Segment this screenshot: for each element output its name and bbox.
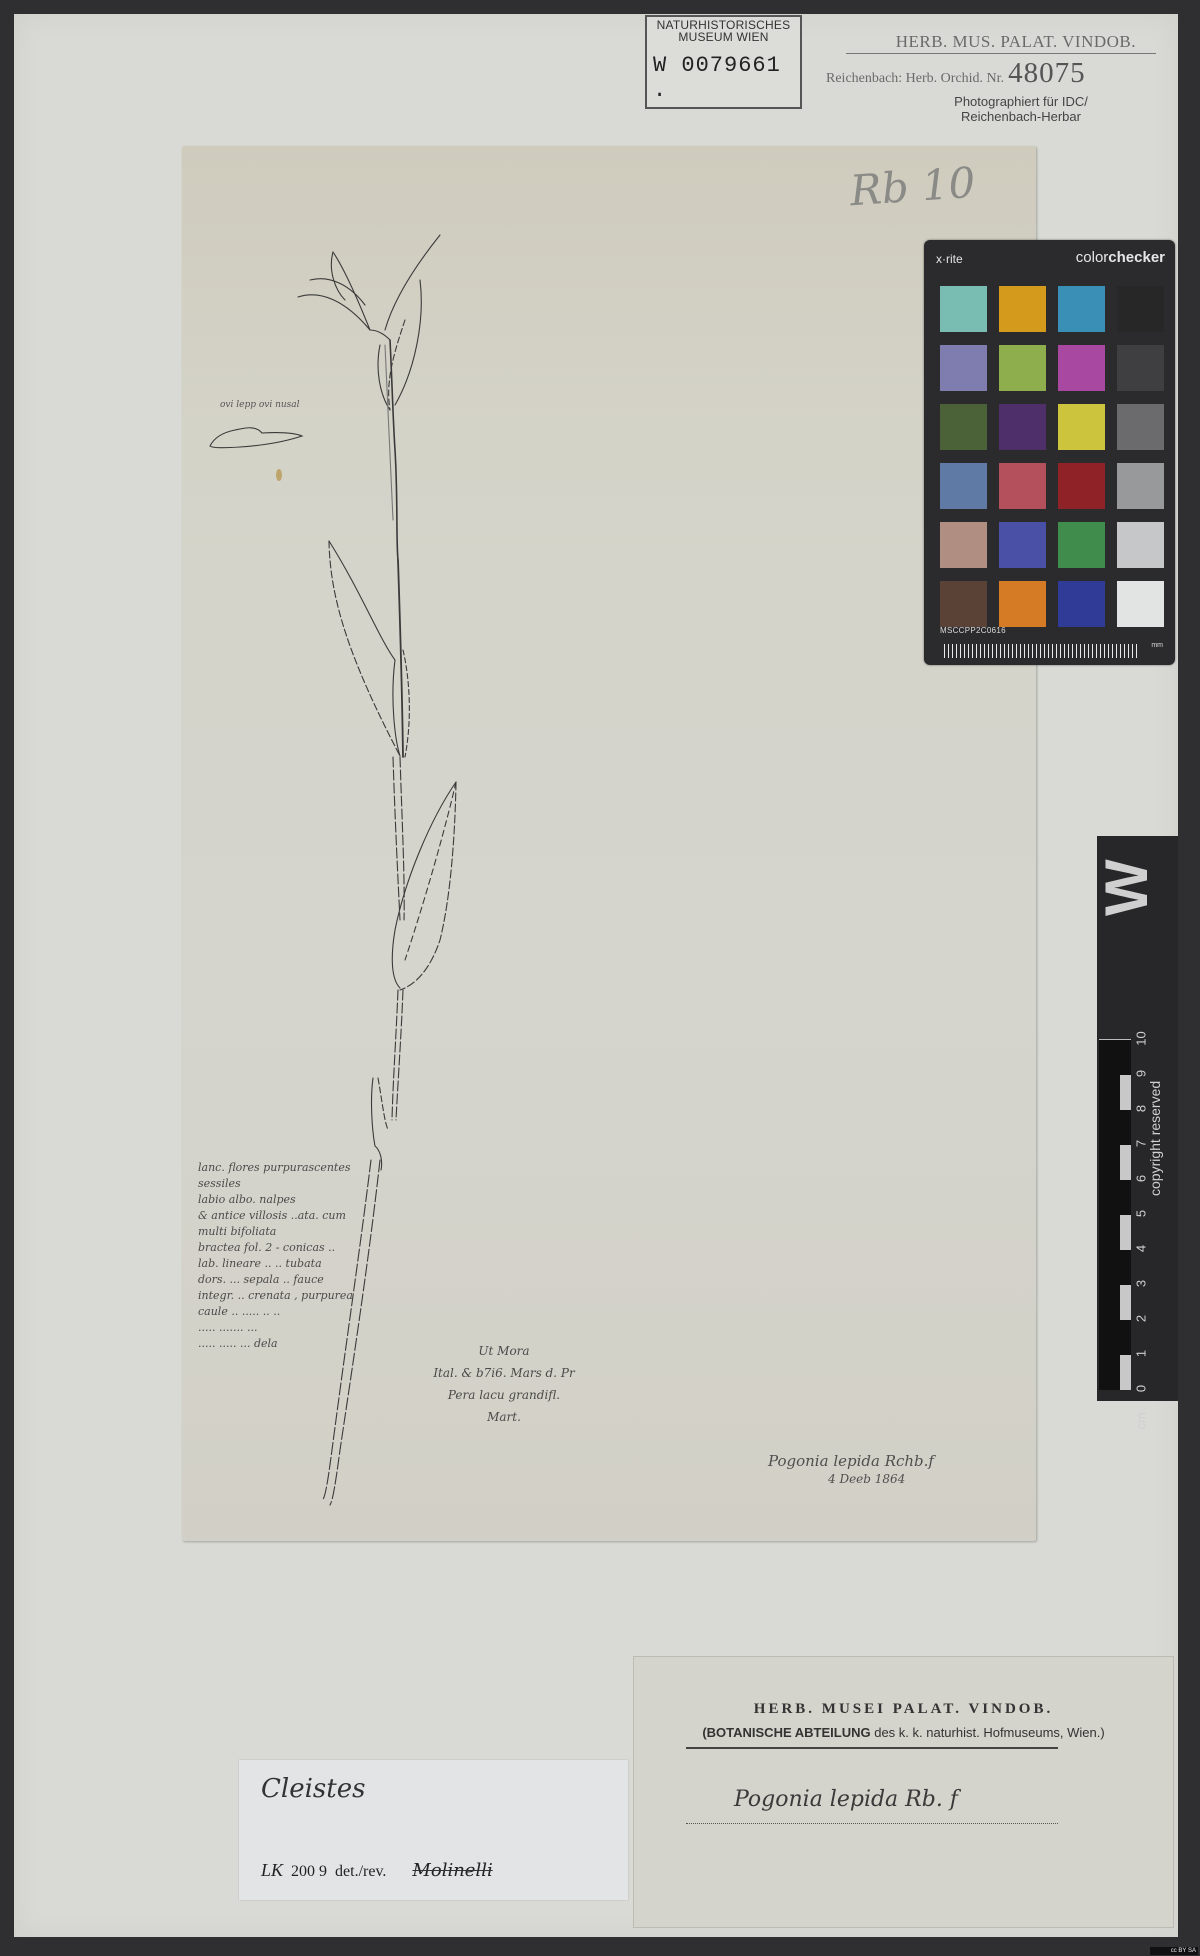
scale-segment bbox=[1099, 1214, 1131, 1250]
scale-tick-label: 4 bbox=[1134, 1241, 1149, 1257]
note-line: multi bifoliata bbox=[198, 1224, 358, 1240]
w-logo: W bbox=[1103, 848, 1151, 928]
color-patch bbox=[999, 581, 1046, 627]
scale-tick-label: 0 bbox=[1134, 1381, 1149, 1397]
scale-segment bbox=[1099, 1249, 1131, 1285]
left-description-notes: lanc. flores purpurascentes sessiles lab… bbox=[198, 1160, 358, 1352]
note-line: ..... ..... ... dela bbox=[198, 1336, 358, 1352]
colorchecker-card: x·rite colorchecker MSCCPP2C0616 mm bbox=[924, 240, 1175, 665]
color-patch bbox=[1058, 581, 1105, 627]
color-patch bbox=[940, 581, 987, 627]
title-bold: checker bbox=[1108, 249, 1165, 266]
color-patch bbox=[999, 522, 1046, 568]
leaf-annotation: ovi lepp ovi nusal bbox=[220, 400, 300, 410]
scale-segment bbox=[1099, 1074, 1131, 1110]
color-patch bbox=[1117, 404, 1164, 450]
museum-stamp-header: NATURHISTORISCHES MUSEUM WIEN bbox=[647, 19, 800, 43]
ruler-unit: mm bbox=[1151, 642, 1163, 649]
scale-segment bbox=[1099, 1109, 1131, 1145]
color-patch-grid bbox=[940, 286, 1164, 628]
herbarium-label-header: HERB. MUSEI PALAT. VINDOB. bbox=[634, 1701, 1173, 1718]
note-line: bractea fol. 2 - conicas .. bbox=[198, 1240, 358, 1256]
stain-spot bbox=[276, 469, 282, 481]
det-initials: LK bbox=[261, 1860, 283, 1881]
note-line: labio albo. nalpes bbox=[198, 1192, 358, 1208]
det-year: 200 9 bbox=[291, 1863, 327, 1881]
copyright-text: copyright reserved bbox=[1147, 1006, 1171, 1196]
label-rule bbox=[686, 1747, 1058, 1749]
det-rev-text: det./rev. bbox=[335, 1863, 386, 1881]
color-patch bbox=[999, 286, 1046, 332]
label-dotted-line bbox=[686, 1823, 1058, 1824]
note-line: sessiles bbox=[198, 1176, 358, 1192]
color-patch bbox=[940, 522, 987, 568]
note-line: lab. lineare .. .. tubata bbox=[198, 1256, 358, 1272]
note-line: Mart. bbox=[404, 1406, 604, 1428]
herbarium-number: 48075 bbox=[1008, 57, 1086, 90]
color-patch bbox=[1058, 522, 1105, 568]
signature-note: Pogonia lepida Rchb.f 4 Deeb 1864 bbox=[768, 1452, 934, 1486]
color-patch bbox=[1058, 404, 1105, 450]
herbarium-species-name: Pogonia lepida Rb. f bbox=[734, 1787, 958, 1812]
color-patch bbox=[1058, 345, 1105, 391]
color-patch bbox=[1058, 463, 1105, 509]
scale-segment bbox=[1099, 1144, 1131, 1180]
color-patch bbox=[940, 404, 987, 450]
subheader-rest: des k. k. naturhist. Hofmuseums, Wien.) bbox=[874, 1725, 1104, 1740]
color-patch bbox=[1117, 581, 1164, 627]
scale-segment bbox=[1099, 1179, 1131, 1215]
xrite-logo: x·rite bbox=[936, 252, 963, 266]
scale-tick-label: 2 bbox=[1134, 1311, 1149, 1327]
colorchecker-title: colorchecker bbox=[1076, 249, 1165, 266]
scale-tick-label: 1 bbox=[1134, 1346, 1149, 1362]
herbarium-stamp-number-line: Reichenbach: Herb. Orchid. Nr. 48075 bbox=[826, 57, 1156, 90]
mm-ruler bbox=[944, 644, 1139, 658]
det-signature: Molinelli bbox=[412, 1860, 492, 1881]
title-light: color bbox=[1076, 249, 1109, 266]
photo-note-line2: Reichenbach-Herbar bbox=[886, 109, 1156, 124]
herbarium-stamp: HERB. MUS. PALAT. VINDOB. Reichenbach: H… bbox=[826, 32, 1156, 124]
note-line: caule .. ..... .. .. bbox=[198, 1304, 358, 1320]
photo-note-line1: Photographiert für IDC/ bbox=[886, 94, 1156, 109]
color-patch bbox=[999, 463, 1046, 509]
signature-date: 4 Deeb 1864 bbox=[828, 1472, 934, 1486]
subheader-bold: (BOTANISCHE ABTEILUNG bbox=[702, 1725, 870, 1740]
color-patch bbox=[1117, 522, 1164, 568]
scale-segment bbox=[1099, 1284, 1131, 1320]
note-line: Pera lacu grandifl. bbox=[404, 1384, 604, 1406]
museum-catalog-number: W 0079661 . bbox=[653, 53, 800, 103]
herbarium-label: HERB. MUSEI PALAT. VINDOB. (BOTANISCHE A… bbox=[633, 1656, 1174, 1928]
scale-unit: cm bbox=[1134, 1414, 1149, 1430]
signature-species: Pogonia lepida Rchb.f bbox=[768, 1452, 934, 1470]
note-line: Ut Mora bbox=[404, 1340, 604, 1362]
scale-bar: W 012345678910cm copyright reserved bbox=[1097, 836, 1178, 1401]
herbarium-label-subheader: (BOTANISCHE ABTEILUNG des k. k. naturhis… bbox=[634, 1725, 1173, 1740]
scale-segment bbox=[1099, 1319, 1131, 1355]
note-line: ..... ....... ... bbox=[198, 1320, 358, 1336]
color-patch bbox=[940, 345, 987, 391]
determination-label: Cleistes LK 200 9 det./rev. Molinelli bbox=[239, 1760, 628, 1900]
locality-notes: Ut Mora Ital. & b7i6. Mars d. Pr Pera la… bbox=[404, 1340, 604, 1428]
scale-segments bbox=[1099, 999, 1131, 1389]
color-patch bbox=[999, 345, 1046, 391]
scale-tick-label: 3 bbox=[1134, 1276, 1149, 1292]
color-patch bbox=[940, 286, 987, 332]
det-genus: Cleistes bbox=[261, 1774, 365, 1804]
scale-tick-label: 5 bbox=[1134, 1206, 1149, 1222]
det-line: LK 200 9 det./rev. Molinelli bbox=[261, 1860, 493, 1881]
colorchecker-serial: MSCCPP2C0616 bbox=[940, 626, 1006, 635]
color-patch bbox=[940, 463, 987, 509]
scale-segment bbox=[1099, 1354, 1131, 1390]
note-line: lanc. flores purpurascentes bbox=[198, 1160, 358, 1176]
color-patch bbox=[1117, 286, 1164, 332]
color-patch bbox=[1117, 345, 1164, 391]
museum-barcode-stamp: NATURHISTORISCHES MUSEUM WIEN W 0079661 … bbox=[645, 15, 802, 109]
scale-segment bbox=[1099, 1039, 1131, 1075]
color-patch bbox=[1117, 463, 1164, 509]
cc-license-badge: cc BY SA bbox=[1150, 1947, 1198, 1955]
note-line: Ital. & b7i6. Mars d. Pr bbox=[404, 1362, 604, 1384]
herbarium-stamp-prefix: Reichenbach: Herb. Orchid. Nr. bbox=[826, 71, 1004, 87]
note-line: & antice villosis ..ata. cum bbox=[198, 1208, 358, 1224]
note-line: integr. .. crenata , purpurea bbox=[198, 1288, 358, 1304]
color-patch bbox=[1058, 286, 1105, 332]
color-patch bbox=[999, 404, 1046, 450]
herbarium-stamp-title: HERB. MUS. PALAT. VINDOB. bbox=[846, 32, 1156, 54]
note-line: dors. ... sepala .. fauce bbox=[198, 1272, 358, 1288]
